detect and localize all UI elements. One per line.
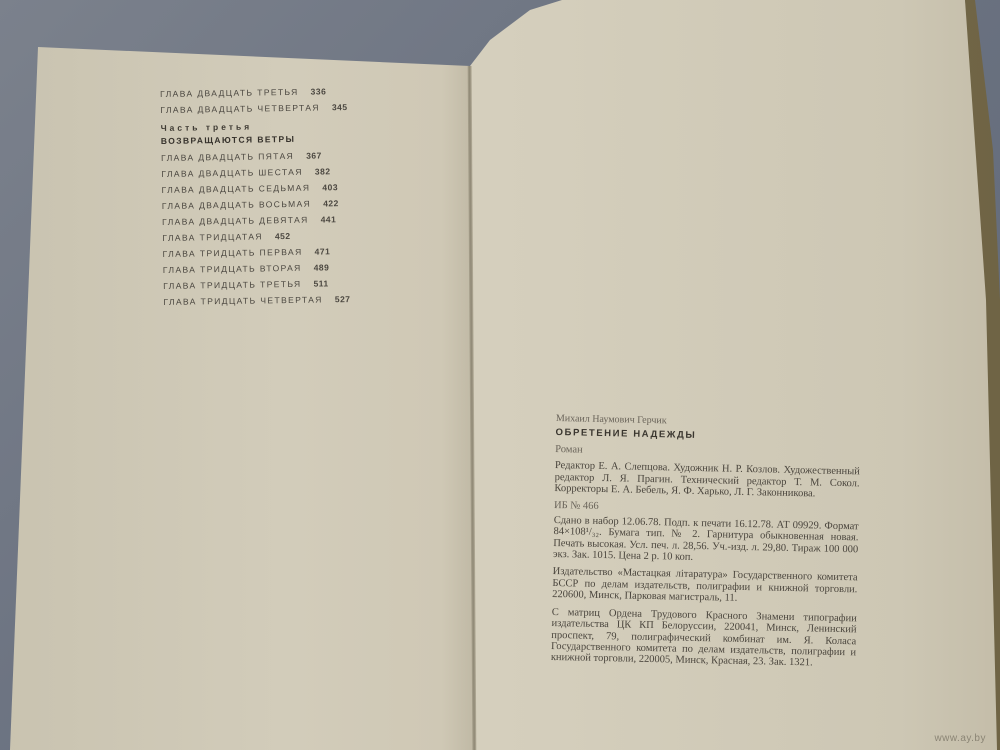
imprint-block: Михаил Наумович Герчик ОБРЕТЕНИЕ НАДЕЖДЫ… [551, 413, 861, 676]
toc-page-number: 452 [275, 231, 291, 241]
book-photo: ГЛАВА ДВАДЦАТЬ ТРЕТЬЯ336ГЛАВА ДВАДЦАТЬ Ч… [0, 0, 1000, 750]
toc-page-number: 441 [321, 214, 337, 224]
toc-page-number: 382 [315, 166, 331, 176]
toc-chapter-label: ГЛАВА ТРИДЦАТАЯ [162, 231, 263, 243]
toc-page-number: 511 [313, 278, 328, 288]
toc-chapter-label: ГЛАВА ТРИДЦАТЬ ТРЕТЬЯ [163, 279, 302, 291]
book-genre: Роман [555, 444, 860, 462]
toc-page-number: 336 [311, 86, 327, 96]
toc-entry: ГЛАВА ДВАДЦАТЬ ЧЕТВЕРТАЯ345 [160, 98, 420, 118]
credits-text: Редактор Е. А. Слепцова. Художник Н. Р. … [554, 460, 860, 501]
part-title: ВОЗВРАЩАЮТСЯ ВЕТРЫ [161, 130, 421, 148]
toc-page-number: 403 [322, 182, 338, 192]
toc-page-number: 489 [314, 262, 330, 272]
toc-chapter-label: ГЛАВА ТРИДЦАТЬ ЧЕТВЕРТАЯ [163, 294, 323, 307]
toc-page-number: 422 [323, 198, 339, 208]
toc-page-number: 471 [315, 246, 331, 256]
publisher-info: Издательство «Мастацкая літаратура» Госу… [552, 566, 858, 607]
toc-chapter-label: ГЛАВА ТРИДЦАТЬ ПЕРВАЯ [163, 247, 303, 259]
book-title: ОБРЕТЕНИЕ НАДЕЖДЫ [555, 427, 860, 445]
toc-chapter-label: ГЛАВА ТРИДЦАТЬ ВТОРАЯ [163, 263, 302, 275]
printer-info: С матриц Ордена Трудового Красного Знаме… [551, 607, 857, 670]
toc-chapter-label: ГЛАВА ДВАДЦАТЬ ВОСЬМАЯ [162, 199, 311, 211]
toc-chapter-label: ГЛАВА ДВАДЦАТЬ ПЯТАЯ [161, 151, 294, 163]
toc-page-number: 367 [306, 150, 322, 160]
toc-chapter-label: ГЛАВА ДВАДЦАТЬ СЕДЬМАЯ [162, 183, 311, 195]
print-details: Сдано в набор 12.06.78. Подп. к печати 1… [553, 515, 859, 567]
toc-chapter-label: ГЛАВА ДВАДЦАТЬ ДЕВЯТАЯ [162, 215, 309, 227]
table-of-contents: ГЛАВА ДВАДЦАТЬ ТРЕТЬЯ336ГЛАВА ДВАДЦАТЬ Ч… [160, 82, 423, 310]
toc-page-number: 345 [332, 102, 348, 112]
toc-chapter-label: ГЛАВА ДВАДЦАТЬ ШЕСТАЯ [161, 167, 303, 179]
watermark: www.ay.by [934, 733, 986, 744]
toc-page-number: 527 [335, 294, 351, 304]
toc-chapter-label: ГЛАВА ДВАДЦАТЬ ЧЕТВЕРТАЯ [160, 102, 320, 115]
toc-chapter-label: ГЛАВА ДВАДЦАТЬ ТРЕТЬЯ [160, 87, 299, 99]
